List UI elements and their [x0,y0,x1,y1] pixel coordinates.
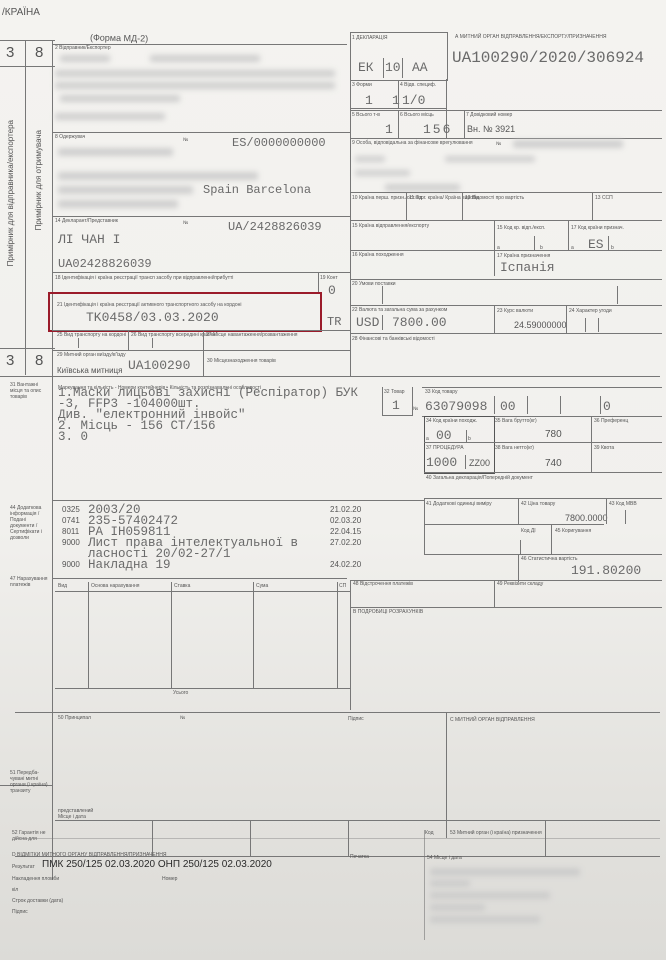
document-date: 22.04.15 [330,527,361,536]
redacted-sender-id [55,113,165,120]
redacted-sender-address-3 [60,95,180,102]
box51-label: 51 Передба-чувані митні органи (і країна… [10,770,48,794]
box14-name: ЛІ ЧАН І [58,232,120,247]
box35-value: 780 [545,429,562,440]
box33-extra: 0 [603,399,611,414]
redacted-consignee-name [58,148,173,156]
recipient-copy-label: Примірник для отримувача [34,130,43,230]
col-base: Основа нарахування [91,583,139,589]
redacted-financial-3 [355,170,410,176]
redacted-financial-2 [445,156,535,162]
box35-label: 35 Вага брутто(кг) [495,418,537,424]
customs-office-caption: А МИТНИЙ ОРГАН ВІДПРАВЛЕННЯ/ЕКСПОРТУ/ПРИ… [455,34,606,40]
box4-label: 4 Відв. специф. [400,82,436,88]
box50-no-label: № [180,715,185,721]
documents-list: 03252003/2021.02.200741235-5740247202.03… [62,504,362,570]
box17-value: Іспанія [500,260,555,275]
box36-label: 36 Преференц [594,418,628,424]
document-date: 24.02.20 [330,560,361,569]
redacted-financial-id [513,140,623,148]
box25-label: 25 Вид транспорту на кордоні [57,332,126,338]
box50-label: 50 Принципал [58,715,91,721]
box46-label: 46 Статистична вартість [521,556,578,562]
col-sp: СП [339,583,346,589]
boxD-signature-label: Підпис [12,909,28,915]
document-row: 9000Накладна 1924.02.20 [62,559,362,570]
box8-label: 8 Одержувач [55,134,85,140]
goods-description: 1.Маски лицьові захисні (Респіратор) БУК… [58,388,358,443]
boxD-seals-label: Накладення пломби [12,876,59,882]
boxC-label: С МИТНИЙ ОРГАН ВІДПРАВЛЕННЯ [450,717,535,723]
box15a-label: 15 Код кр. відп./експ. [497,225,545,231]
box19-label: 19 Конт [320,275,338,281]
redacted-place-2 [430,880,470,887]
box17-label: 17 Країна призначення [497,253,550,259]
box53-label: 53 Митний орган (і країна) призначення [450,830,542,836]
redacted-consignee-address-2 [58,186,193,194]
redacted-financial-4 [385,184,460,191]
box28-label: 28 Фінансові та банківські відомості [352,336,435,342]
box31-label: 31 Вантажні місця та опис товарів [10,382,45,400]
copy-number-b-lower: 8 [35,352,43,369]
redacted-place-5 [430,916,540,923]
document-code: 0325 [62,505,80,514]
box34-label: 34 Код країни походж. [426,418,477,424]
box14-id: UA02428826039 [58,257,152,271]
box39-label: 39 Квота [594,445,614,451]
copy-number-a: 3 [6,44,14,61]
box33-label: 33 Код товару [425,389,457,395]
box54-label: 54 Місце і дата [427,855,462,861]
boxB-label: В ПОДРОБИЦІ РОЗРАХУНКІВ [353,609,423,615]
box3-label: 3 Форми [352,82,372,88]
box33-sub: 00 [500,399,516,414]
box22-amount: 7800.00 [392,315,447,330]
redacted-sender-address-2 [55,82,335,89]
box43-label: 43 Код МВВ [609,501,637,507]
box8-city: Spain Barcelona [203,183,311,197]
box8-code: ES/0000000000 [232,136,326,150]
customs-declaration-form: /КРАЇНА (Форма МД-2) А МИТНИЙ ОРГАН ВІДП… [0,0,666,960]
redacted-sender-code [150,55,260,62]
box40-label: 40 Загальна декларація/Попередній докуме… [426,475,533,481]
charges-table: Вид Основа нарахування Ставка Сума СП Ус… [55,582,350,695]
boxD-qty-label: кіл [12,887,18,893]
document-code: 9000 [62,538,80,547]
redacted-sender-address-1 [55,70,335,77]
box1-v2: 10 [385,60,401,75]
copy-number-b: 8 [35,44,43,61]
document-date: 21.02.20 [330,505,361,514]
copy-number-a-lower: 3 [6,352,14,369]
box12-label: 12 Відомості про вартість [465,195,524,201]
box24-label: 24 Характер угоди [569,308,612,314]
box32-label: 32 Товар [384,389,405,395]
box37-label: 37 ПРОЦЕДУРА [426,445,464,451]
redacted-consignee-address-3 [58,200,178,208]
boxD-number-label: Номер [162,876,177,882]
box22-currency: USD [356,315,379,330]
charges-total-label: Усього [173,690,188,696]
box38-label: 38 Вага нетто(кг) [495,445,534,451]
box20-label: 20 Умови поставки [352,281,396,287]
box29-name: Київська митниця [57,366,122,375]
box32-value: 1 [392,398,400,413]
redacted-consignee-address-1 [58,172,258,180]
box42-label: 42 Ціна товару [521,501,555,507]
box38-value: 740 [545,458,562,469]
boxD-stamp-label: Печатка [350,854,369,860]
redacted-sender-name [60,55,110,62]
box1-label: 1 ДЕКЛАРАЦІЯ [352,35,387,41]
box46-value: 191.80200 [571,563,641,578]
box52-label: 52 Гарантія не дійсна для [12,830,52,842]
boxD-label: D ВІДМІТКИ МИТНОГО ОРГАНУ ВІДПРАВЛЕННЯ/П… [12,852,167,858]
box22-label: 22 Валюта та загальна сума за рахунком [352,307,447,313]
box1-v1: ЕК [358,60,374,75]
redacted-place-3 [430,892,550,899]
box4-value: 1/0 [402,93,425,108]
box1-v3: АА [412,60,428,75]
box33-no-label: № [413,406,418,412]
box15-label: 15 Країна відправлення/експорту [352,223,429,229]
box30-label: 30 Місцезнаходження товарів [207,358,276,364]
col-type: Вид [58,583,67,589]
box23-value: 24.59000000 [514,320,567,330]
box48-label: 48 Відстрочення платежів [353,581,413,587]
document-code: 8011 [62,527,79,536]
box2-label: 2 Відправник/Експортер [55,45,111,51]
box18-label: 18 Ідентифікація і країна реєстрації тра… [55,275,233,281]
box42-value: 7800.0000 [565,513,608,523]
redacted-place-1 [430,868,580,876]
box34-value: 00 [436,428,452,443]
box45-label: 45 Коригування [555,528,591,534]
box6-label: 6 Всього місць [400,112,434,118]
redacted-financial-1 [355,156,385,162]
box37-sub: ZZ00 [469,458,490,468]
highlight-box [48,292,322,332]
box5-label: 5 Всього т-в [352,112,380,118]
col-rate: Ставка [174,583,190,589]
box45-code-label: Код ДІ [521,528,536,534]
declaration-number: UA100290/2020/306924 [452,49,644,67]
box19-value: 0 [328,283,336,298]
box37-code: 1000 [426,455,457,470]
box33-code: 63079098 [425,399,487,414]
box49-label: 49 Реквізити складу [497,581,543,587]
box29-label: 29 Митний орган виїзду/в'їзду [57,352,126,358]
document-text: Накладна 19 [88,558,171,572]
boxD-result-value: ПМК 250/125 02.03.2020 ОНП 250/125 02.03… [42,859,272,870]
box29-code: UA100290 [128,358,190,373]
box13-label: 13 ССП [595,195,613,201]
document-code: 9000 [62,560,80,569]
box14-label: 14 Декларант/Представник [55,218,118,224]
box23-label: 23 Курс валюти [497,308,533,314]
box44-label: 44 Додаткова інформація / Подані докумен… [10,505,45,541]
document-date: 02.03.20 [330,516,361,525]
box3-v1: 1 [365,93,373,108]
box27-label: 27 Місце навантаження/розвантаження [206,332,297,338]
document-date: 27.02.20 [330,538,361,547]
boxD-result-label: Результат [12,864,35,870]
form-name: (Форма МД-2) [90,32,148,43]
box52-code-label: Код [425,830,434,836]
box16-label: 16 Країна походження [352,252,404,258]
box5-value: 1 [385,122,393,137]
goods-line: 2. Місць - 156 CT/156 [58,421,358,432]
box14-code: UA/2428826039 [228,220,322,234]
box9-label: 9 Особа, відповідальна за фінансове врег… [352,140,473,146]
box6-value: 156 [423,122,452,137]
goods-line: 3. 0 [58,432,358,443]
boxD-term-label: Строк доставки (дата) [12,898,63,904]
box7-value: Вн. № 3921 [467,124,515,134]
box21-country: TR [327,315,341,329]
box41-label: 41 Додаткові одиниці виміру [426,501,492,507]
box47-label: 47 Нарахування платежів [10,576,48,588]
col-sum: Сума [256,583,268,589]
box17a-label: 17 Код країни признач. [571,225,624,231]
redacted-place-4 [430,904,485,911]
country-heading: /КРАЇНА [2,7,40,18]
document-code: 0741 [62,516,80,525]
box8-no-label: № [183,137,188,143]
box50-sign-label: Підпис [348,716,364,722]
box9-no-label: № [496,141,501,147]
box7-label: 7 Довідковий номер [466,112,512,118]
box14-no-label: № [183,220,188,226]
exporter-copy-label: Примірник для відправника/експортера [6,120,15,266]
